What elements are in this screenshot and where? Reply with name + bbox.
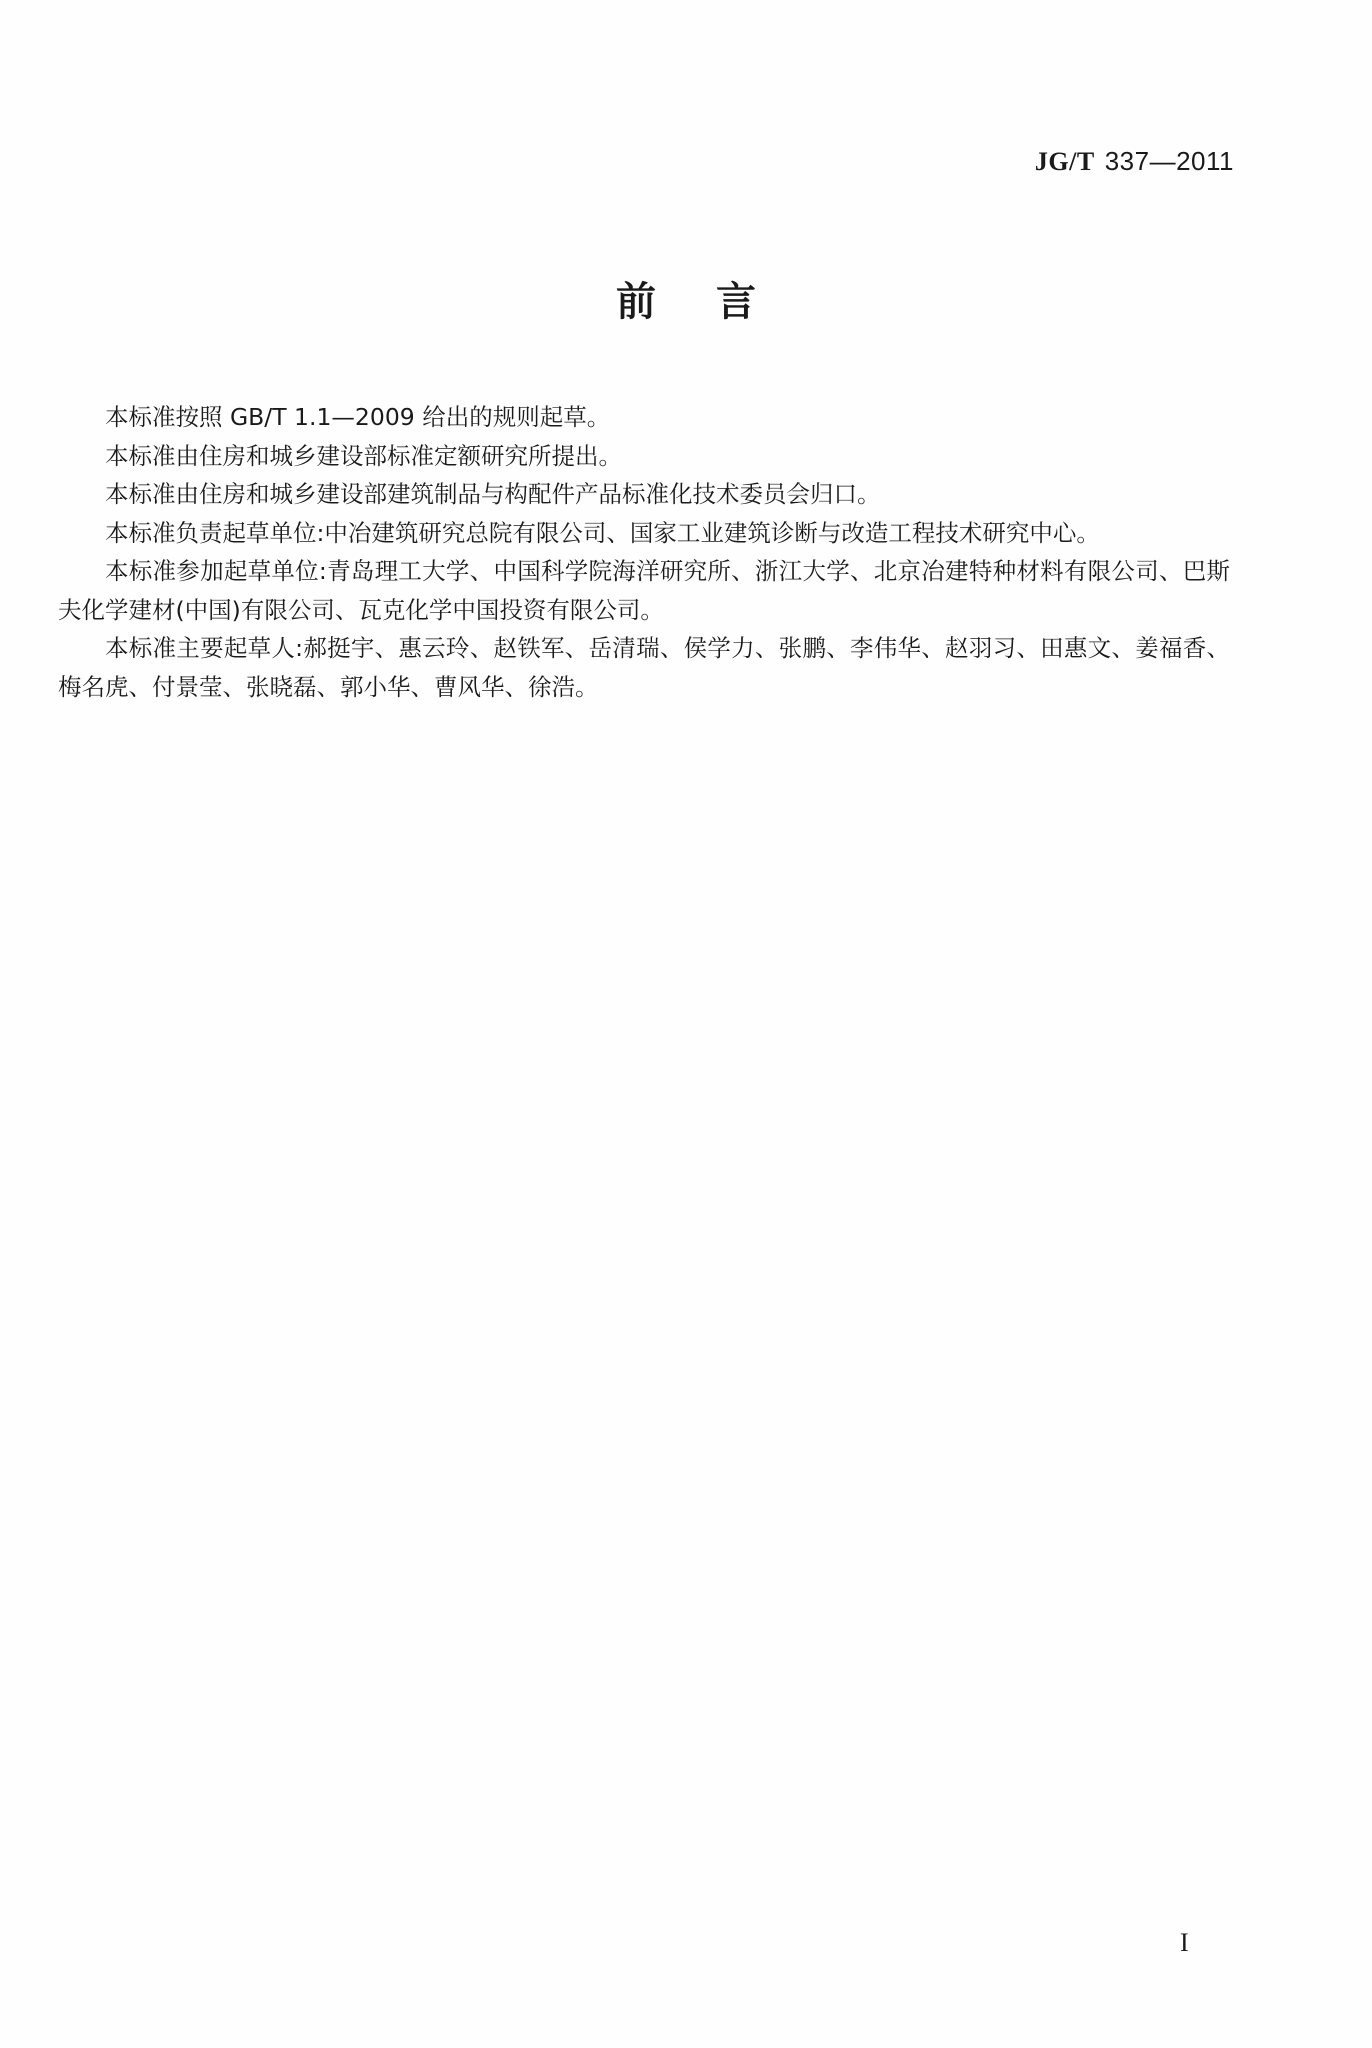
paragraph-lead-drafters: 本标准负责起草单位:中冶建筑研究总院有限公司、国家工业建筑诊断与改造工程技术研究… <box>58 514 1230 553</box>
page-title: 前言 <box>0 270 1372 327</box>
document-page: JG/T337—2011 前言 本标准按照 GB/T 1.1—2009 给出的规… <box>0 0 1372 2048</box>
paragraph-drafting-rules: 本标准按照 GB/T 1.1—2009 给出的规则起草。 <box>58 398 1230 437</box>
paragraph-main-authors: 本标准主要起草人:郝挺宇、惠云玲、赵铁军、岳清瑞、侯学力、张鹏、李伟华、赵羽习、… <box>58 629 1230 706</box>
paragraph-participating-drafters: 本标准参加起草单位:青岛理工大学、中国科学院海洋研究所、浙江大学、北京冶建特种材… <box>58 552 1230 629</box>
page-number: I <box>1180 1928 1189 1958</box>
standard-prefix: JG/T <box>1035 147 1095 176</box>
paragraph-committee: 本标准由住房和城乡建设部建筑制品与构配件产品标准化技术委员会归口。 <box>58 475 1230 514</box>
foreword-body: 本标准按照 GB/T 1.1—2009 给出的规则起草。 本标准由住房和城乡建设… <box>58 398 1230 706</box>
standard-number: 337—2011 <box>1105 146 1234 176</box>
paragraph-proposer: 本标准由住房和城乡建设部标准定额研究所提出。 <box>58 437 1230 476</box>
standard-code: JG/T337—2011 <box>1035 146 1234 177</box>
